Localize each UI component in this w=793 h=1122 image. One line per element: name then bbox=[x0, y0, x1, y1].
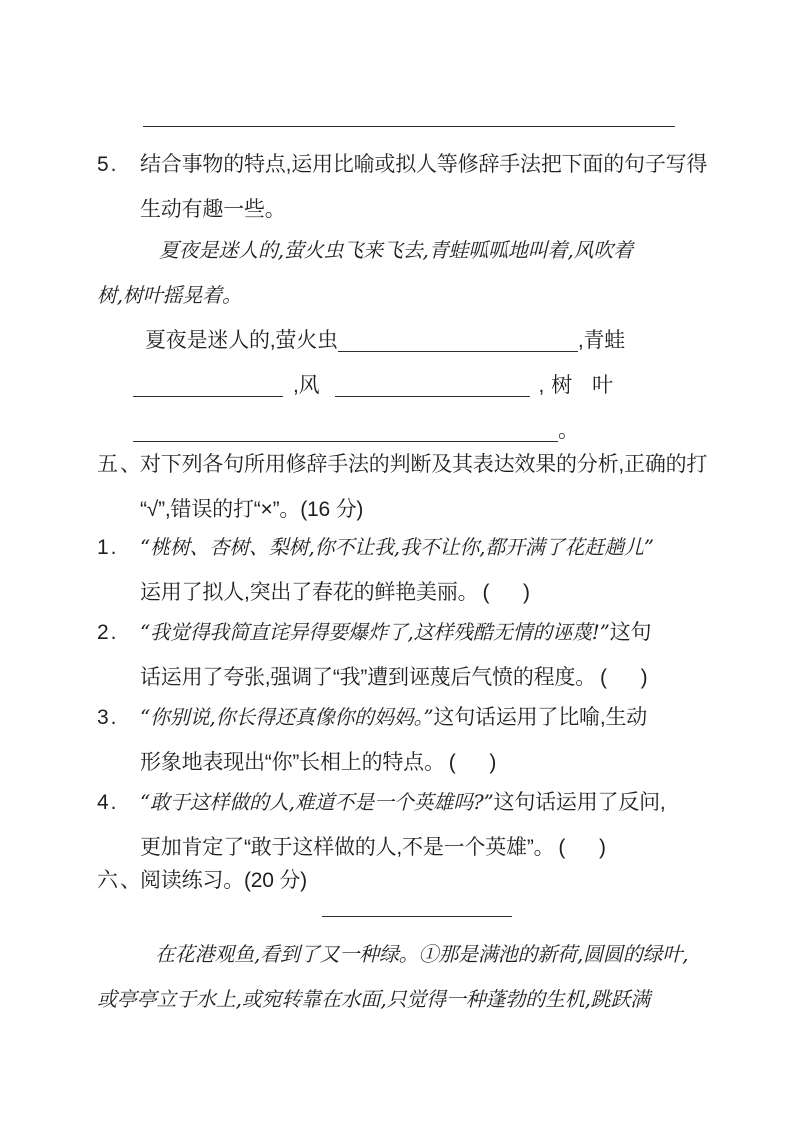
source-sentence-line-2: 树,树叶摇晃着。 bbox=[97, 273, 737, 318]
tf-item-3-line-2: 形象地表现出“你”长相上的特点。( ) bbox=[97, 740, 737, 785]
question-5-number: 5. bbox=[97, 142, 140, 187]
tf-item-1-line-2: 运用了拟人,突出了春花的鲜艳美丽。( ) bbox=[97, 570, 737, 615]
tf-item-4-analysis: 更加肯定了“敢于这样做的人,不是一个英雄”。 bbox=[140, 836, 554, 859]
question-5: 5.结合事物的特点,运用比喻或拟人等修辞手法把下面的句子写得 生动有趣一些。 bbox=[97, 142, 737, 232]
rewrite-frog-text: ,青蛙 bbox=[578, 329, 625, 352]
section-5-title: 对下列各句所用修辞手法的判断及其表达效果的分析,正确的打 bbox=[140, 453, 707, 476]
section-6-heading: 六、阅读练习。(20 分) bbox=[97, 858, 737, 903]
previous-answer-blank-line bbox=[143, 126, 675, 127]
passage-title-blank-line bbox=[322, 916, 512, 917]
tf-item-4-number: 4. bbox=[97, 780, 140, 825]
answer-blank-wind bbox=[335, 368, 530, 397]
tf-item-3-analysis: 形象地表现出“你”长相上的特点。 bbox=[140, 751, 445, 774]
section-6-number: 六、 bbox=[97, 858, 140, 903]
tf-item-4: 4.“敢于这样做的人,难道不是一个英雄吗?”这句话运用了反问, 更加肯定了“敢于… bbox=[97, 780, 737, 870]
rewrite-period: 。 bbox=[558, 419, 579, 442]
tf-item-2-number: 2. bbox=[97, 610, 140, 655]
tf-item-4-line-1: 4.“敢于这样做的人,难道不是一个英雄吗?”这句话运用了反问, bbox=[97, 780, 737, 825]
tf-item-1-analysis: 运用了拟人,突出了春花的鲜艳美丽。 bbox=[140, 581, 478, 604]
section-6-heading-line: 六、阅读练习。(20 分) bbox=[97, 858, 737, 903]
rewrite-lead-text: 夏夜是迷人的,萤火虫 bbox=[145, 329, 338, 352]
tf-item-3-number: 3. bbox=[97, 695, 140, 740]
section-5-heading: 五、对下列各句所用修辞手法的判断及其表达效果的分析,正确的打 “√”,错误的打“… bbox=[97, 442, 737, 532]
rewrite-leaves-text: ,树 叶 bbox=[538, 374, 620, 397]
tf-item-3-line-1: 3.“你别说,你长得还真像你的妈妈。”这句话运用了比喻,生动 bbox=[97, 695, 737, 740]
rewrite-wind-text: ,风 bbox=[293, 374, 319, 397]
section-5-number: 五、 bbox=[97, 442, 140, 487]
tf-item-4-answer-parentheses: ( ) bbox=[558, 836, 605, 859]
tf-item-1-answer-parentheses: ( ) bbox=[482, 581, 529, 604]
tf-item-2-answer-parentheses: ( ) bbox=[600, 666, 647, 689]
tf-item-2-quote: “我觉得我简直诧异得要爆炸了,这样残酷无情的诬蔑!” bbox=[140, 620, 610, 644]
rewrite-line-2: ,风,树 叶 bbox=[97, 363, 737, 408]
tf-item-3: 3.“你别说,你长得还真像你的妈妈。”这句话运用了比喻,生动 形象地表现出“你”… bbox=[97, 695, 737, 785]
tf-item-3-rest: 这句话运用了比喻,生动 bbox=[433, 706, 647, 729]
answer-blank-frog bbox=[133, 368, 283, 397]
tf-item-1: 1.“桃树、杏树、梨树,你不让我,我不让你,都开满了花赶趟儿” 运用了拟人,突出… bbox=[97, 525, 737, 615]
tf-item-2-line-2: 话运用了夸张,强调了“我”遭到诬蔑后气愤的程度。( ) bbox=[97, 655, 737, 700]
question-5-line-1: 5.结合事物的特点,运用比喻或拟人等修辞手法把下面的句子写得 bbox=[97, 142, 737, 187]
question-5-line-2: 生动有趣一些。 bbox=[97, 187, 737, 232]
section-6-title: 阅读练习。(20 分) bbox=[140, 869, 307, 892]
tf-item-3-answer-parentheses: ( ) bbox=[449, 751, 496, 774]
passage-line-2: 或亭亭立于水上,或宛转靠在水面,只觉得一种蓬勃的生机,跳跃满 bbox=[97, 977, 737, 1022]
question-5-source-sentence: 夏夜是迷人的,萤火虫飞来飞去,青蛙呱呱地叫着,风吹着 树,树叶摇晃着。 bbox=[97, 228, 737, 318]
question-5-rewrite-area: 夏夜是迷人的,萤火虫,青蛙 ,风,树 叶 。 bbox=[97, 318, 737, 453]
answer-blank-leaves bbox=[133, 413, 558, 442]
tf-item-2-analysis: 话运用了夸张,强调了“我”遭到诬蔑后气愤的程度。 bbox=[140, 666, 596, 689]
tf-item-1-quote: “桃树、杏树、梨树,你不让我,我不让你,都开满了花赶趟儿” bbox=[140, 535, 654, 559]
answer-blank-firefly bbox=[338, 323, 578, 352]
tf-item-1-number: 1. bbox=[97, 525, 140, 570]
rewrite-line-1: 夏夜是迷人的,萤火虫,青蛙 bbox=[97, 318, 737, 363]
tf-item-2-rest: 这句 bbox=[610, 621, 652, 644]
question-5-prompt: 结合事物的特点,运用比喻或拟人等修辞手法把下面的句子写得 bbox=[140, 153, 707, 176]
tf-item-2: 2.“我觉得我简直诧异得要爆炸了,这样残酷无情的诬蔑!”这句 话运用了夸张,强调… bbox=[97, 610, 737, 700]
tf-item-4-rest: 这句话运用了反问, bbox=[494, 791, 666, 814]
passage-line-1: 在花港观鱼,看到了又一种绿。①那是满池的新荷,圆圆的绿叶, bbox=[97, 932, 737, 977]
section-5-heading-line-1: 五、对下列各句所用修辞手法的判断及其表达效果的分析,正确的打 bbox=[97, 442, 737, 487]
tf-item-1-line-1: 1.“桃树、杏树、梨树,你不让我,我不让你,都开满了花赶趟儿” bbox=[97, 525, 737, 570]
source-sentence-line-1: 夏夜是迷人的,萤火虫飞来飞去,青蛙呱呱地叫着,风吹着 bbox=[97, 228, 737, 273]
reading-passage: 在花港观鱼,看到了又一种绿。①那是满池的新荷,圆圆的绿叶, 或亭亭立于水上,或宛… bbox=[97, 932, 737, 1022]
tf-item-4-quote: “敢于这样做的人,难道不是一个英雄吗?” bbox=[140, 790, 494, 814]
tf-item-3-quote: “你别说,你长得还真像你的妈妈。” bbox=[140, 705, 433, 729]
tf-item-2-line-1: 2.“我觉得我简直诧异得要爆炸了,这样残酷无情的诬蔑!”这句 bbox=[97, 610, 737, 655]
